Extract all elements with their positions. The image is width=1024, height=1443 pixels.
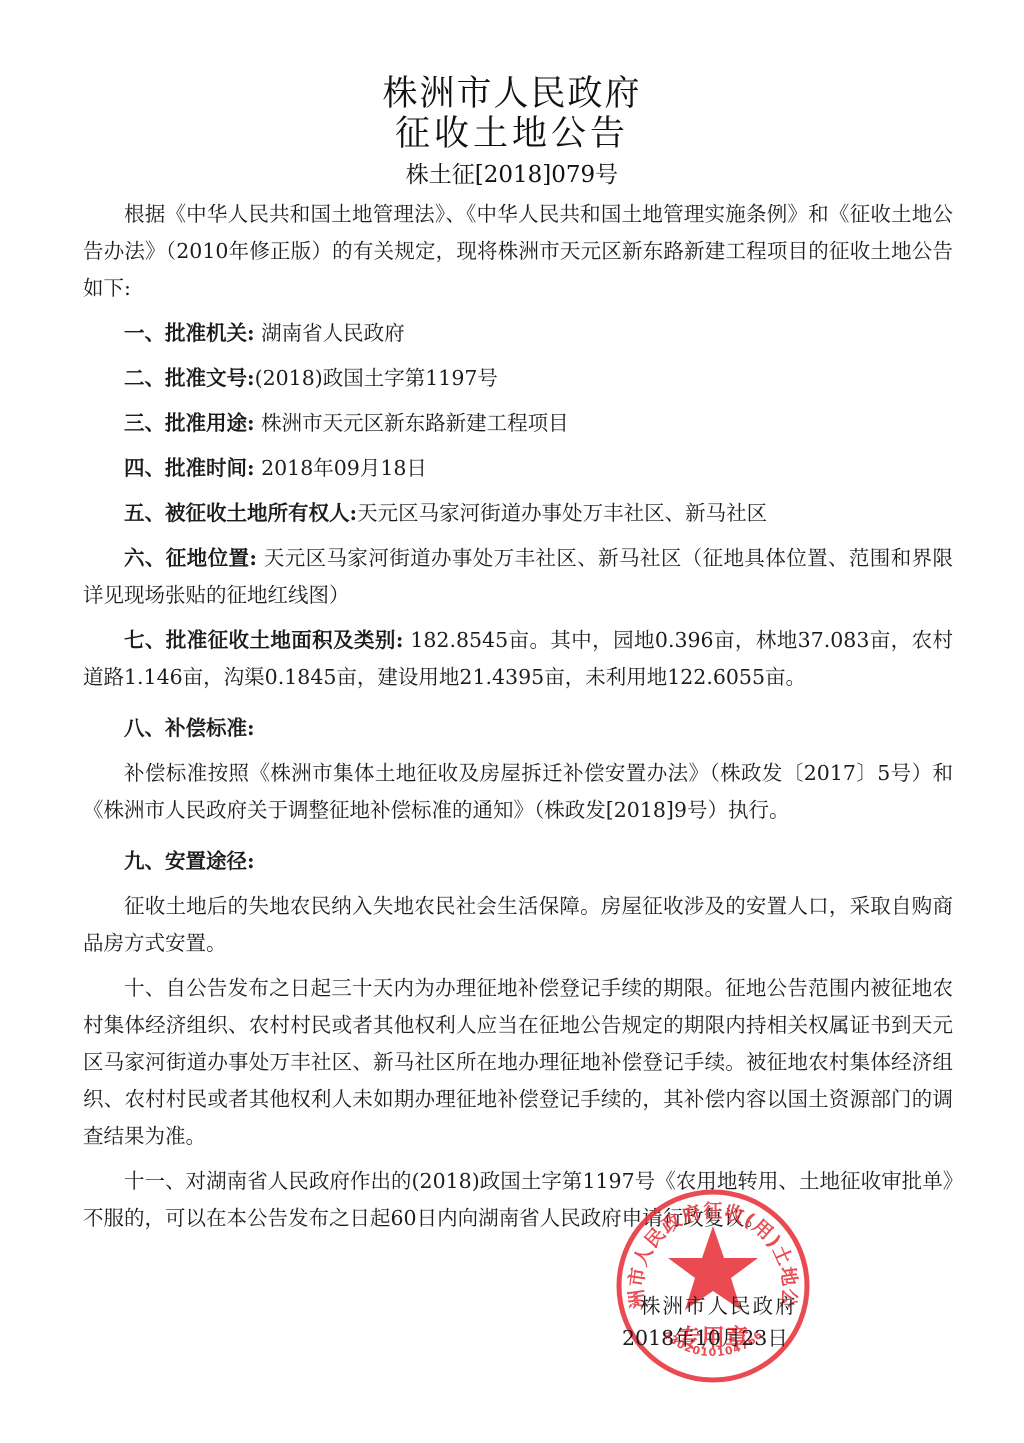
item-label: 七、批准征收土地面积及类别: <box>124 628 403 652</box>
document-title-issuer: 株洲市人民政府 <box>0 74 1024 114</box>
item-label: 二、批准文号: <box>124 366 255 390</box>
item-label: 三、批准用途: <box>124 411 255 435</box>
item-land-owner: 五、被征收土地所有权人:天元区马家河街道办事处万丰社区、新马社区 <box>83 495 953 532</box>
intro-paragraph: 根据《中华人民共和国土地管理法》、《中华人民共和国土地管理实施条例》和《征收土地… <box>83 196 953 307</box>
item-value: 湖南省人民政府 <box>255 321 405 345</box>
document-title-subject: 征收土地公告 <box>0 114 1024 154</box>
document-number: 株土征[2018]079号 <box>0 160 1024 190</box>
item-value: 天元区马家河街道办事处万丰社区、新马社区 <box>357 501 767 525</box>
item-label: 五、被征收土地所有权人: <box>124 501 357 525</box>
section8-heading: 八、补偿标准: <box>83 710 953 747</box>
official-seal: 株洲市人民政府征收(用)土地公告 专用章 4302010104766 <box>613 1186 813 1386</box>
signature-date: 2018年10月23日 <box>622 1322 788 1354</box>
item-approval-number: 二、批准文号:(2018)政国土字第1197号 <box>83 360 953 397</box>
signature-issuer: 株洲市人民政府 <box>640 1290 798 1322</box>
item-label: 四、批准时间: <box>124 456 255 480</box>
item-value: 2018年09月18日 <box>255 456 427 480</box>
item-value: 株洲市天元区新东路新建工程项目 <box>255 411 569 435</box>
item-approval-authority: 一、批准机关: 湖南省人民政府 <box>83 315 953 352</box>
section9-text: 征收土地后的失地农民纳入失地农民社会生活保障。房屋征收涉及的安置人口，采取自购商… <box>83 888 953 962</box>
item-label: 六、征地位置: <box>124 546 257 570</box>
item-approval-date: 四、批准时间: 2018年09月18日 <box>83 450 953 487</box>
item-land-location: 六、征地位置: 天元区马家河街道办事处万丰社区、新马社区（征地具体位置、范围和界… <box>83 540 953 614</box>
item-label: 一、批准机关: <box>124 321 255 345</box>
document-body: 根据《中华人民共和国土地管理法》、《中华人民共和国土地管理实施条例》和《征收土地… <box>83 196 953 1237</box>
section11-text: 十一、对湖南省人民政府作出的(2018)政国土字第1197号《农用地转用、土地征… <box>83 1163 953 1237</box>
item-land-area: 七、批准征收土地面积及类别: 182.8545亩。其中，园地0.396亩，林地3… <box>83 622 953 696</box>
item-approval-purpose: 三、批准用途: 株洲市天元区新东路新建工程项目 <box>83 405 953 442</box>
section10-text: 十、自公告发布之日起三十天内为办理征地补偿登记手续的期限。征地公告范围内被征地农… <box>83 970 953 1155</box>
section9-heading: 九、安置途径: <box>83 843 953 880</box>
section8-text: 补偿标准按照《株洲市集体土地征收及房屋拆迁补偿安置办法》（株政发〔2017〕5号… <box>83 755 953 829</box>
item-value: (2018)政国土字第1197号 <box>255 366 498 390</box>
document-page: 株洲市人民政府 征收土地公告 株土征[2018]079号 根据《中华人民共和国土… <box>0 0 1024 1443</box>
